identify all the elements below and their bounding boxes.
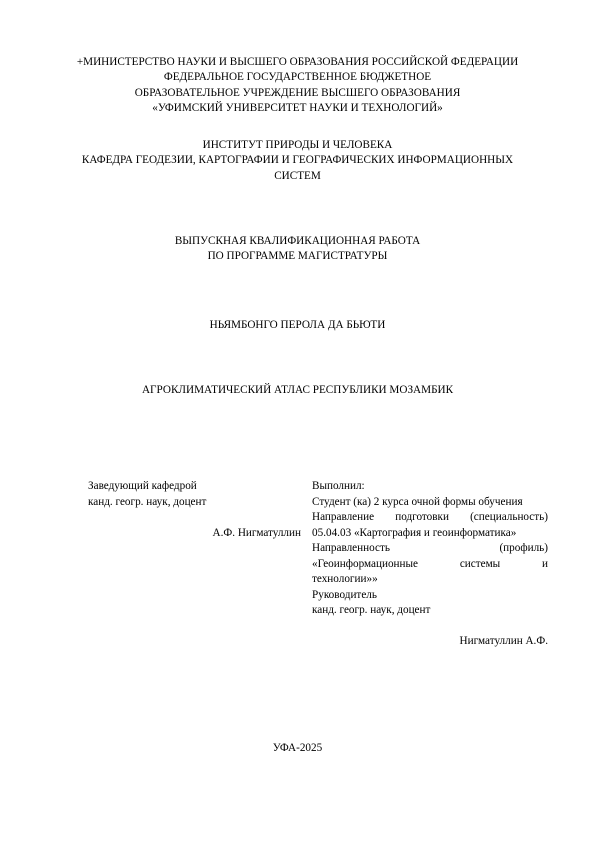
profile-word-1: Направленность bbox=[312, 541, 390, 557]
direction-value: 05.04.03 «Картография и геоинформатика» bbox=[312, 526, 548, 542]
ministry-header: +МИНИСТЕРСТВО НАУКИ И ВЫСШЕГО ОБРАЗОВАНИ… bbox=[0, 55, 595, 116]
ministry-line: +МИНИСТЕРСТВО НАУКИ И ВЫСШЕГО ОБРАЗОВАНИ… bbox=[0, 55, 595, 70]
author: НЬЯМБОНГО ПЕРОЛА ДА БЬЮТИ bbox=[0, 318, 595, 333]
department-line-2: СИСТЕМ bbox=[0, 169, 595, 184]
direction-word-1: Направление bbox=[312, 510, 374, 526]
profile-value-end: технологии»» bbox=[312, 572, 548, 588]
profile-label: Направленность (профиль) bbox=[312, 541, 548, 557]
department-line-1: КАФЕДРА ГЕОДЕЗИИ, КАРТОГРАФИИ И ГЕОГРАФИ… bbox=[0, 153, 595, 168]
profile-value: «Геоинформационные системы и bbox=[312, 557, 548, 573]
institution-type-line: ОБРАЗОВАТЕЛЬНОЕ УЧРЕЖДЕНИЕ ВЫСШЕГО ОБРАЗ… bbox=[0, 86, 595, 101]
author-name: НЬЯМБОНГО ПЕРОЛА ДА БЬЮТИ bbox=[0, 318, 595, 333]
direction-label: Направление подготовки (специальность) bbox=[312, 510, 548, 526]
work-type: ВЫПУСКНАЯ КВАЛИФИКАЦИОННАЯ РАБОТА ПО ПРО… bbox=[0, 234, 595, 265]
federal-line: ФЕДЕРАЛЬНОЕ ГОСУДАРСТВЕННОЕ БЮДЖЕТНОЕ bbox=[0, 70, 595, 85]
head-of-department-block: Заведующий кафедрой канд. геогр. наук, д… bbox=[88, 479, 301, 541]
supervisor-name: Нигматуллин А.Ф. bbox=[312, 634, 548, 650]
work-type-line-2: ПО ПРОГРАММЕ МАГИСТРАТУРЫ bbox=[0, 249, 595, 264]
profile-word-2: (профиль) bbox=[499, 541, 548, 557]
student-line: Студент (ка) 2 курса очной формы обучени… bbox=[312, 495, 548, 511]
profile-value-word-1: «Геоинформационные bbox=[312, 557, 418, 573]
title-page: +МИНИСТЕРСТВО НАУКИ И ВЫСШЕГО ОБРАЗОВАНИ… bbox=[0, 0, 595, 841]
thesis-title: АГРОКЛИМАТИЧЕСКИЙ АТЛАС РЕСПУБЛИКИ МОЗАМ… bbox=[0, 383, 595, 398]
head-position: Заведующий кафедрой bbox=[88, 479, 301, 495]
university-name: «УФИМСКИЙ УНИВЕРСИТЕТ НАУКИ И ТЕХНОЛОГИЙ… bbox=[0, 101, 595, 116]
head-signature-name: А.Ф. Нигматуллин bbox=[88, 526, 301, 542]
profile-value-word-3: и bbox=[542, 557, 548, 573]
work-type-line-1: ВЫПУСКНАЯ КВАЛИФИКАЦИОННАЯ РАБОТА bbox=[0, 234, 595, 249]
profile-value-word-2: системы bbox=[460, 557, 500, 573]
head-degree: канд. геогр. наук, доцент bbox=[88, 495, 301, 511]
thesis-title-text: АГРОКЛИМАТИЧЕСКИЙ АТЛАС РЕСПУБЛИКИ МОЗАМ… bbox=[0, 383, 595, 398]
performer-block: Выполнил: Студент (ка) 2 курса очной фор… bbox=[312, 479, 548, 650]
direction-word-3: (специальность) bbox=[470, 510, 548, 526]
city-year-text: УФА-2025 bbox=[0, 741, 595, 756]
supervisor-degree: канд. геогр. наук, доцент bbox=[312, 603, 548, 619]
institute-name: ИНСТИТУТ ПРИРОДЫ И ЧЕЛОВЕКА bbox=[0, 138, 595, 153]
institute-info: ИНСТИТУТ ПРИРОДЫ И ЧЕЛОВЕКА КАФЕДРА ГЕОД… bbox=[0, 138, 595, 184]
supervisor-label: Руководитель bbox=[312, 588, 548, 604]
performed-label: Выполнил: bbox=[312, 479, 548, 495]
direction-word-2: подготовки bbox=[395, 510, 449, 526]
city-year: УФА-2025 bbox=[0, 741, 595, 756]
